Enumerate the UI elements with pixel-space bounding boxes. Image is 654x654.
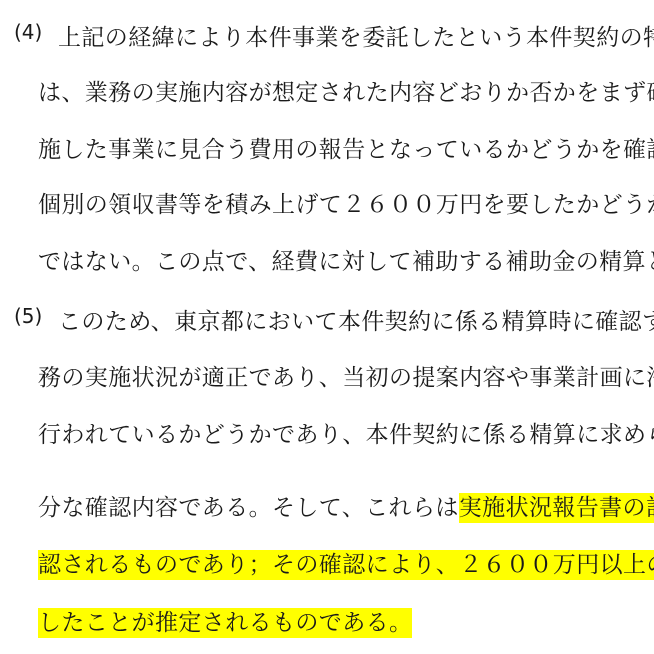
- paragraph-number-4: (4): [14, 20, 42, 44]
- highlighted-text: 認されるものであり；その確認により、２６００万円以上の経費の支出を要: [38, 550, 654, 580]
- text-line: 行われているかどうかであり、本件契約に係る精算に求められる必要かつ十: [38, 415, 654, 455]
- text-line: 上記の経緯により本件事業を委託したという本件契約の特質上、精算時に: [58, 18, 654, 58]
- text-line: 分な確認内容である。そして、これらは実施状況報告書の記載内容等から確: [38, 488, 654, 528]
- highlighted-text: 実施状況報告書の記載内容等から確: [459, 493, 654, 523]
- text-line: ではない。この点で、経費に対して補助する補助金の精算とは異なる。: [38, 242, 654, 282]
- highlighted-text: したことが推定されるものである。: [38, 608, 412, 638]
- text-line: このため、東京都において本件契約に係る精算時に確認すべきことは、業: [58, 302, 654, 342]
- text-line: 個別の領収書等を積み上げて２６００万円を要したかどうかを確認するもの: [38, 185, 654, 225]
- text-line: 認されるものであり；その確認により、２６００万円以上の経費の支出を要: [38, 545, 654, 585]
- text-line: は、業務の実施内容が想定された内容どおりか否かをまず確認した上で、実: [38, 73, 654, 113]
- text-line: したことが推定されるものである。: [38, 603, 412, 643]
- text-line: 務の実施状況が適正であり、当初の提案内容や事業計画に沿った実施方法で: [38, 358, 654, 398]
- text-line: 施した事業に見合う費用の報告となっているかどうかを確認するものであり、: [38, 130, 654, 170]
- plain-text: 分な確認内容である。そして、これらは: [38, 495, 459, 521]
- paragraph-number-5: (5): [14, 304, 42, 328]
